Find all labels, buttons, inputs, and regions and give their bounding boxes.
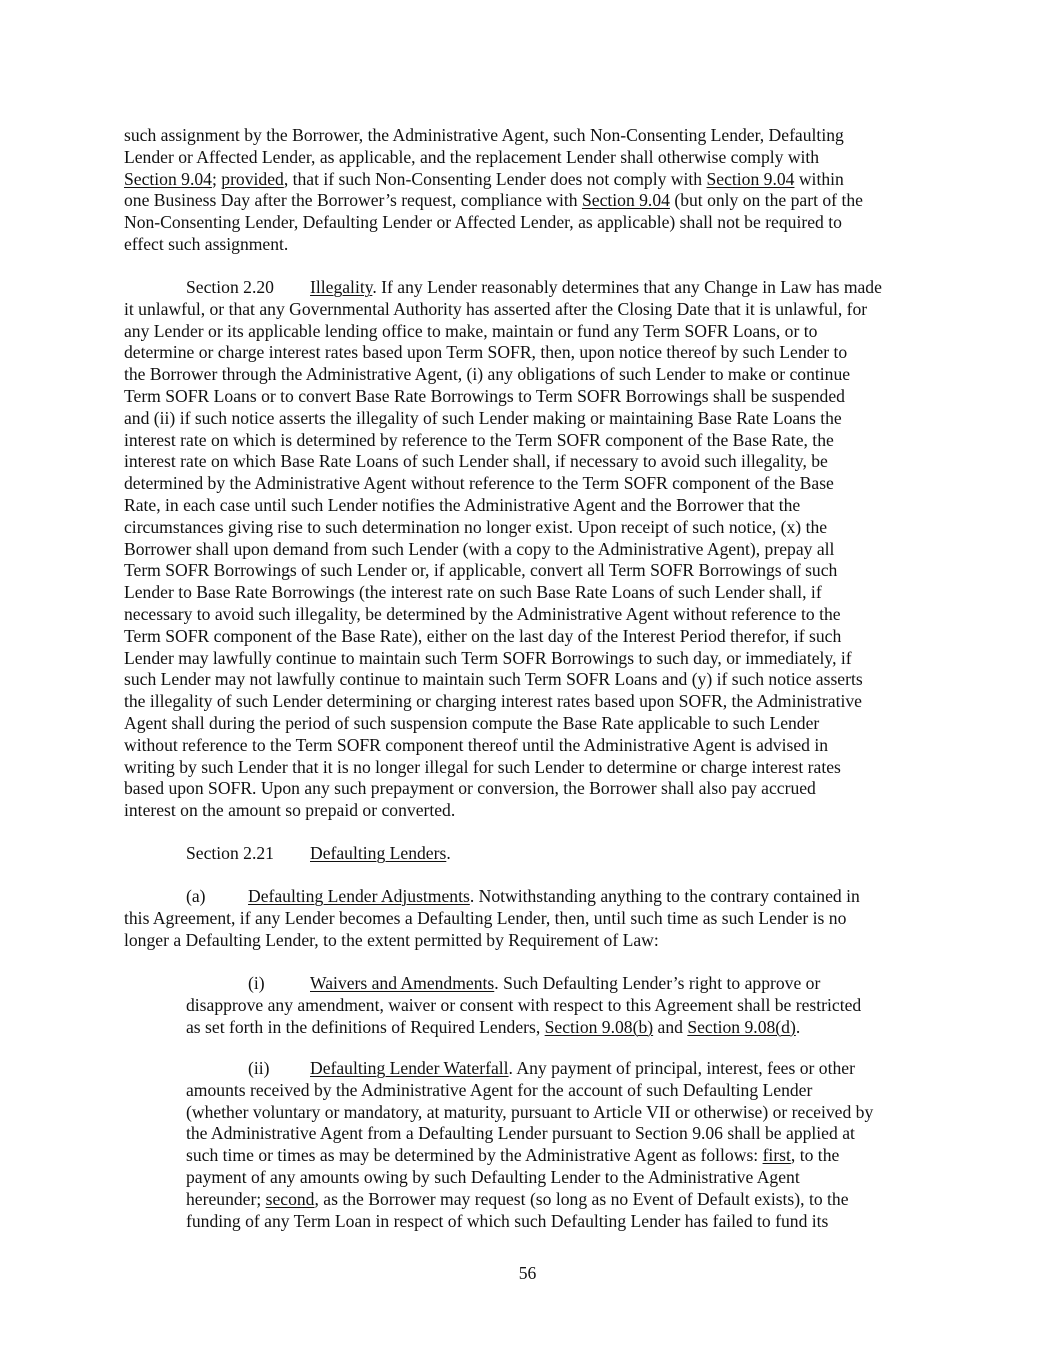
section-reference-link[interactable]: Section 9.04 [124,169,212,189]
text-line: effect such assignment. [124,234,944,256]
clause-ii-defaulting-lender-waterfall: (ii)Defaulting Lender Waterfall. Any pay… [124,1058,944,1232]
clause-heading-line: (a)Defaulting Lender Adjustments. Notwit… [124,886,944,908]
clause-label: (i) [248,973,310,995]
section-reference-link[interactable]: Section 9.08(b) [545,1017,653,1037]
text-line: the Administrative Agent from a Defaulti… [124,1123,944,1145]
section-reference-link[interactable]: Section 9.04 [706,169,794,189]
clause-heading: Defaulting Lender Adjustments [248,886,470,906]
text-line: Lender or Affected Lender, as applicable… [124,147,944,169]
text-line: Term SOFR Loans or to convert Base Rate … [124,386,944,408]
section-2-20-illegality: Section 2.20Illegality. If any Lender re… [124,277,944,822]
clause-label: (ii) [248,1058,310,1080]
text-line: such Lender may not lawfully continue to… [124,669,944,691]
text-line: one Business Day after the Borrower’s re… [124,190,944,212]
text-line: funding of any Term Loan in respect of w… [124,1211,944,1233]
text-line: Lender may lawfully continue to maintain… [124,648,944,670]
text-line: Rate, in each case until such Lender not… [124,495,944,517]
clause-heading-line: (i)Waivers and Amendments. Such Defaulti… [124,973,944,995]
text-line: interest on the amount so prepaid or con… [124,800,944,822]
text-line: any Lender or its applicable lending off… [124,321,944,343]
text-line: and (ii) if such notice asserts the ille… [124,408,944,430]
text-line: interest rate on which is determined by … [124,430,944,452]
text-line: payment of any amounts owing by such Def… [124,1167,944,1189]
text-line: as set forth in the definitions of Requi… [124,1017,944,1039]
text-line: such time or times as may be determined … [124,1145,944,1167]
text-line: determine or charge interest rates based… [124,342,944,364]
section-heading-line: Section 2.21Defaulting Lenders. [124,843,944,865]
text-line: without reference to the Term SOFR compo… [124,735,944,757]
section-2-21-heading: Section 2.21Defaulting Lenders. [124,843,944,865]
text-line: determined by the Administrative Agent w… [124,473,944,495]
first-term: first [763,1145,791,1165]
text-line: writing by such Lender that it is no lon… [124,757,944,779]
text-line: disapprove any amendment, waiver or cons… [124,995,944,1017]
text-line: circumstances giving rise to such determ… [124,517,944,539]
text-line: Term SOFR component of the Base Rate), e… [124,626,944,648]
section-number: Section 2.21 [186,843,310,865]
text-line: the Borrower through the Administrative … [124,364,944,386]
clause-label: (a) [186,886,248,908]
clause-i-waivers-and-amendments: (i)Waivers and Amendments. Such Defaulti… [124,973,944,1038]
clause-heading: Waivers and Amendments [310,973,494,993]
provided-term: provided [221,169,284,189]
text-line: longer a Defaulting Lender, to the exten… [124,930,944,952]
section-reference-link[interactable]: Section 9.08(d) [687,1017,795,1037]
section-heading-line: Section 2.20Illegality. If any Lender re… [124,277,944,299]
second-term: second [266,1189,315,1209]
section-number: Section 2.20 [186,277,310,299]
text-line: such assignment by the Borrower, the Adm… [124,125,944,147]
text-line: Agent shall during the period of such su… [124,713,944,735]
text-line: (whether voluntary or mandatory, at matu… [124,1102,944,1124]
section-reference-link[interactable]: Section 9.04 [582,190,670,210]
text-line: Section 9.04; provided, that if such Non… [124,169,944,191]
text-line: interest rate on which Base Rate Loans o… [124,451,944,473]
clause-heading-line: (ii)Defaulting Lender Waterfall. Any pay… [124,1058,944,1080]
text-line: Lender to Base Rate Borrowings (the inte… [124,582,944,604]
text-line: the illegality of such Lender determinin… [124,691,944,713]
section-heading: Illegality [310,277,372,297]
clause-a-defaulting-lender-adjustments: (a)Defaulting Lender Adjustments. Notwit… [124,886,944,951]
text-line: based upon SOFR. Upon any such prepaymen… [124,778,944,800]
clause-heading: Defaulting Lender Waterfall [310,1058,509,1078]
text-line: hereunder; second, as the Borrower may r… [124,1189,944,1211]
paragraph-assignment-continuation: such assignment by the Borrower, the Adm… [124,125,944,256]
section-heading: Defaulting Lenders [310,843,446,863]
text-line: it unlawful, or that any Governmental Au… [124,299,944,321]
document-page: such assignment by the Borrower, the Adm… [0,0,1055,1365]
page-number: 56 [0,1262,1055,1284]
text-line: necessary to avoid such illegality, be d… [124,604,944,626]
text-line: this Agreement, if any Lender becomes a … [124,908,944,930]
text-line: amounts received by the Administrative A… [124,1080,944,1102]
text-line: Term SOFR Borrowings of such Lender or, … [124,560,944,582]
text-line: Borrower shall upon demand from such Len… [124,539,944,561]
text-line: Non-Consenting Lender, Defaulting Lender… [124,212,944,234]
